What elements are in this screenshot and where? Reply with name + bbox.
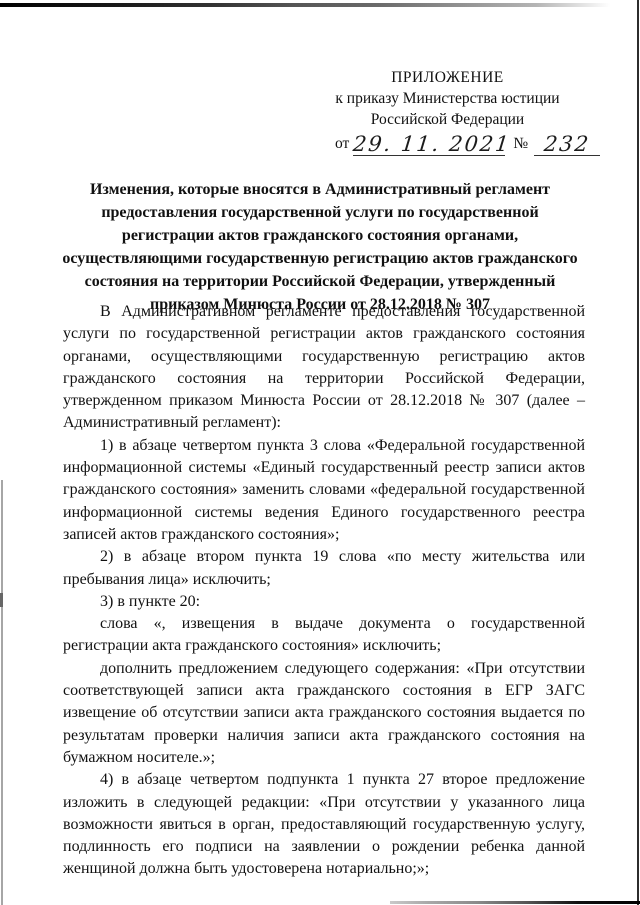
date-prefix: от xyxy=(335,135,349,152)
paragraph-item-1: 1) в абзаце четвертом пункта 3 слова «Фе… xyxy=(63,435,585,546)
document-title: Изменения, которые вносятся в Администра… xyxy=(62,178,578,316)
scanned-document-page: ПРИЛОЖЕНИЕ к приказу Министерства юстици… xyxy=(0,0,640,905)
paragraph-item-2: 2) в абзаце втором пункта 19 слова «по м… xyxy=(63,546,585,591)
number-prefix: № xyxy=(513,135,528,152)
scan-artifact-bottom-edge xyxy=(390,901,640,904)
approval-line-ministry: к приказу Министерства юстиции xyxy=(295,88,600,109)
approval-line-federation: Российской Федерации xyxy=(295,109,600,130)
document-body: В Административном регламенте предоставл… xyxy=(63,301,585,881)
scan-artifact-left-edge-dark xyxy=(0,593,3,607)
paragraph-item-3-sub-1: слова «, извещения в выдаче документа о … xyxy=(63,613,585,658)
handwritten-date: 29. 11. 2021 xyxy=(352,134,512,155)
number-blank: 232 xyxy=(534,132,600,156)
approval-dateline: от29. 11. 2021№232 xyxy=(295,131,600,155)
paragraph-intro: В Административном регламенте предоставл… xyxy=(63,301,585,435)
handwritten-number: 232 xyxy=(543,134,591,155)
approval-block: ПРИЛОЖЕНИЕ к приказу Министерства юстици… xyxy=(295,67,600,155)
paragraph-item-4: 4) в абзаце четвертом подпункта 1 пункта… xyxy=(63,769,585,880)
scan-artifact-left-edge xyxy=(1,480,3,905)
paragraph-item-3: 3) в пункте 20: xyxy=(63,591,585,613)
paragraph-item-3-sub-2: дополнить предложением следующего содерж… xyxy=(63,658,585,769)
date-blank: 29. 11. 2021 xyxy=(353,132,505,156)
scan-artifact-right-edge xyxy=(637,0,639,905)
scan-artifact-top-edge xyxy=(0,3,610,7)
appendix-label: ПРИЛОЖЕНИЕ xyxy=(295,67,600,88)
